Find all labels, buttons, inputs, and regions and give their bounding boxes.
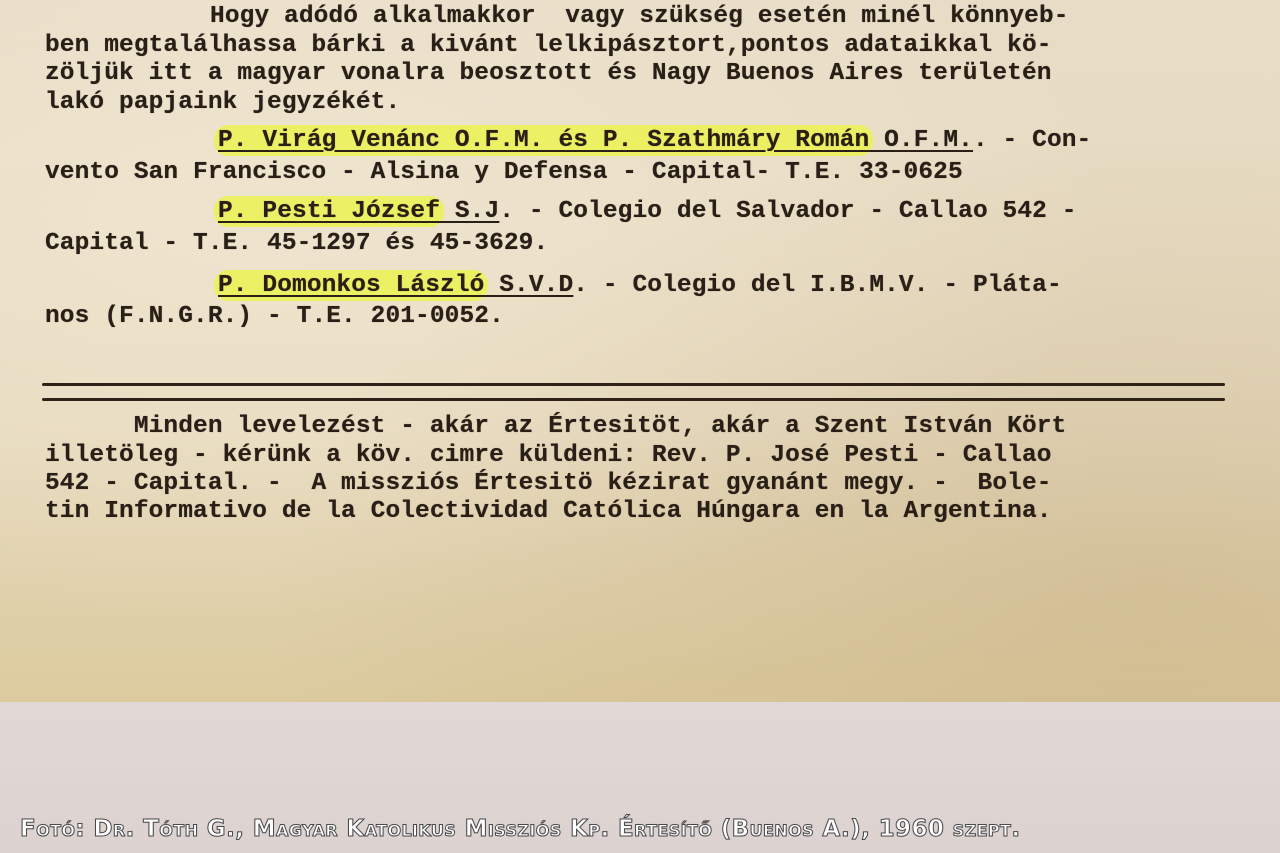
closing-line-4: tin Informativo de la Colectividad Catól… (45, 498, 1052, 526)
photo-credit-caption: Fotó: Dr. Tóth G., Magyar Katolikus Miss… (20, 816, 1270, 842)
order-suffix: S.J (440, 198, 499, 225)
address-start: . - Colegio del I.B.M.V. - Pláta- (573, 272, 1061, 299)
intro-line-1: Hogy adódó alkalmakkor vagy szükség eset… (0, 3, 1069, 31)
priest-entry-line-2: vento San Francisco - Alsina y Defensa -… (45, 159, 963, 187)
priest-entry-line-2: Capital - T.E. 45-1297 és 45-3629. (45, 230, 548, 258)
order-suffix: O.F.M. (869, 127, 973, 154)
priest-entry-line-1: P. Pesti József S.J. - Colegio del Salva… (218, 198, 1077, 226)
highlighted-name: P. Domonkos László (214, 270, 488, 301)
intro-line-4: lakó papjaink jegyzékét. (45, 89, 400, 117)
address-start: . - Colegio del Salvador - Callao 542 - (499, 198, 1076, 225)
highlighted-name: P. Virág Venánc O.F.M. és P. Szathmáry R… (214, 125, 873, 156)
priest-entry-line-2: nos (F.N.G.R.) - T.E. 201-0052. (45, 303, 504, 331)
priest-entry-line-1: P. Virág Venánc O.F.M. és P. Szathmáry R… (218, 127, 1091, 155)
priest-entry-line-1: P. Domonkos László S.V.D. - Colegio del … (218, 272, 1062, 300)
divider-rule-bottom (42, 398, 1225, 401)
closing-line-2: illetöleg - kérünk a köv. cimre küldeni:… (45, 442, 1052, 470)
closing-line-1: Minden levelezést - akár az Értesitöt, a… (45, 413, 1066, 441)
address-start: . - Con- (973, 127, 1091, 154)
intro-line-2: ben megtalálhassa bárki a kivánt lelkipá… (45, 32, 1052, 60)
intro-line-3: zöljük itt a magyar vonalra beosztott és… (45, 60, 1052, 88)
highlighted-name: P. Pesti József (214, 196, 444, 227)
order-suffix: S.V.D (484, 272, 573, 299)
closing-line-3: 542 - Capital. - A missziós Értesitö kéz… (45, 470, 1052, 498)
divider-rule-top (42, 383, 1225, 386)
